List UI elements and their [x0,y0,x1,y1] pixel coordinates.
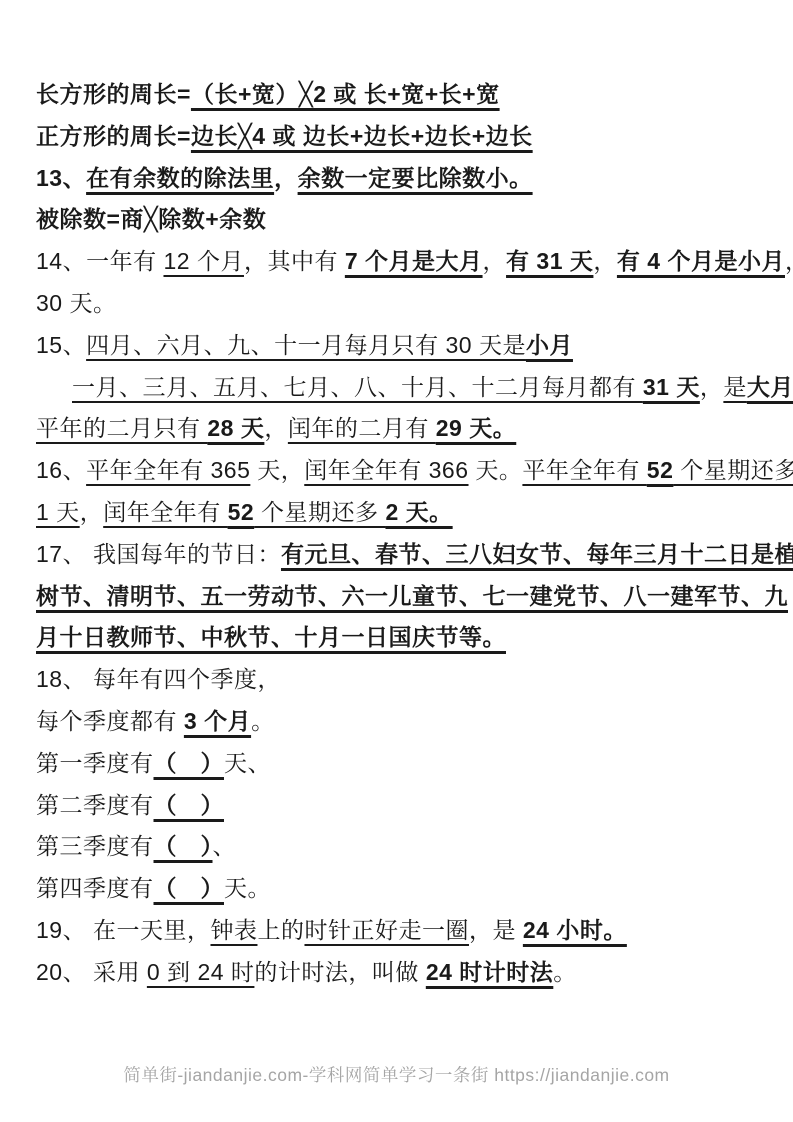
item-15-big-months: 一月、三月、五月、七月、八、十月、十二月每月都有 31 天，是大月。 [36,367,769,409]
text-segment: 28 天 [207,415,264,441]
text-segment: 1 天 [36,499,80,525]
text-segment: 大月 [747,374,793,400]
item-15-february: 平年的二月只有 28 天，闰年的二月有 29 天。 [36,408,769,450]
text-segment: 余数一定要比除数小。 [298,165,533,191]
text-segment: 、 [213,833,237,859]
text-segment: （长+宽）╳2 或 长+宽+长+宽 [191,81,500,107]
item-17-festivals-line-1: 17、 我国每年的节日：有元旦、春节、三八妇女节、每年三月十二日是植 [36,534,769,576]
item-16-year-days-line-1: 16、平年全年有 365 天，闰年全年有 366 天。平年全年有 52 个星期还… [36,450,769,492]
text-segment: 13、 [36,165,86,191]
text-segment: 第一季度有 [36,750,154,776]
formula-rectangle-perimeter: 长方形的周长=（长+宽）╳2 或 长+宽+长+宽 [36,74,769,116]
text-segment: （ ） [154,833,213,859]
text-segment: ，是 [469,917,523,943]
text-segment: 16、 [36,457,86,483]
text-segment: 30 天。 [36,290,116,316]
item-19-clock-day: 19、 在一天里，钟表上的时针正好走一圈，是 24 小时。 [36,910,769,952]
text-segment: 24 时计时法 [426,959,553,985]
text-segment: ， [483,248,507,274]
item-14-months-line-2: 30 天。 [36,283,769,325]
text-segment: 是 [723,374,747,400]
text-segment: 52 [647,457,674,483]
text-segment: 20、 采用 [36,959,147,985]
text-segment: 闰年全年有 [103,499,227,525]
text-segment: ， [264,415,288,441]
text-segment: 18、 每年有四个季度， [36,666,281,692]
item-14-months-line-1: 14、一年有 12 个月，其中有 7 个月是大月，有 31 天，有 4 个月是小… [36,241,769,283]
item-17-festivals-line-2: 树节、清明节、五一劳动节、六一儿童节、七一建党节、八一建军节、九 [36,576,769,618]
quarter-3-blank: 第三季度有（ ）、 [36,826,769,868]
text-segment: 四月、六月、九、十一月每月只有 30 天是 [86,332,526,358]
text-segment: 29 天。 [436,415,516,441]
text-segment: 17、 我国每年的节日： [36,541,281,567]
text-segment: 14、一年有 [36,248,163,274]
item-15-small-months: 15、四月、六月、九、十一月每月只有 30 天是小月 [36,325,769,367]
text-segment: 52 [228,499,255,525]
text-segment: 上的 [257,917,304,943]
text-segment: ， [700,374,724,400]
text-segment: 0 到 24 时 [147,959,255,985]
text-segment: 平年的二月只有 [36,415,207,441]
text-segment: 正方形的周长= [36,123,191,149]
text-segment: 3 个月 [184,708,251,734]
text-segment: ， [593,248,617,274]
text-segment: 一月、三月、五月、七月、八、十月、十二月每月都有 [72,374,643,400]
text-segment: 24 小时。 [523,917,627,943]
text-segment: 。 [251,708,275,734]
item-13-remainder-rule: 13、在有余数的除法里，余数一定要比除数小。 [36,158,769,200]
text-segment: 19、 在一天里， [36,917,210,943]
formula-square-perimeter: 正方形的周长=边长╳4 或 边长+边长+边长+边长 [36,116,769,158]
text-segment: 钟表 [210,917,257,943]
text-segment: 有元旦、春节、三八妇女节、每年三月十二日是植 [281,541,793,567]
text-segment: 平年全年有 [522,457,646,483]
text-segment: 边长╳4 或 边长+边长+边长+边长 [191,123,533,149]
text-segment: 31 天 [643,374,700,400]
quarter-2-blank: 第二季度有（ ） [36,785,769,827]
quarter-4-blank: 第四季度有（ ）天。 [36,868,769,910]
text-segment: 月十日教师节、中秋节、十月一日国庆节等。 [36,624,506,650]
text-segment: （ ） [154,875,225,901]
text-segment: 闰年全年有 366 [304,457,468,483]
item-16-year-days-line-2: 1 天，闰年全年有 52 个星期还多 2 天。 [36,492,769,534]
item-20-24-hour-time: 20、 采用 0 到 24 时的计时法，叫做 24 时计时法。 [36,952,769,994]
quarter-1-blank: 第一季度有（ ）天、 [36,743,769,785]
footer-watermark: 简单街-jiandanjie.com-学科网简单学习一条街 https://ji… [0,1062,793,1087]
text-segment: 有 31 天 [506,248,593,274]
text-segment: 第四季度有 [36,875,154,901]
text-segment: （ ） [154,792,225,818]
text-segment: （ ） [154,750,225,776]
text-segment: 小月 [526,332,573,358]
formula-dividend: 被除数=商╳除数+余数 [36,199,769,241]
text-segment: 2 天。 [385,499,452,525]
text-segment: 个星期还多 [673,457,793,483]
text-segment: 在有余数的除法里 [86,165,274,191]
text-segment: 有 4 个月是小月 [617,248,785,274]
text-segment: 天、 [224,750,271,776]
text-segment: 第二季度有 [36,792,154,818]
text-segment: 树节、清明节、五一劳动节、六一儿童节、七一建党节、八一建军节、九 [36,583,788,609]
document-body: 长方形的周长=（长+宽）╳2 或 长+宽+长+宽正方形的周长=边长╳4 或 边长… [36,74,769,994]
text-segment: 每个季度都有 [36,708,184,734]
text-segment: 平年全年有 365 [86,457,250,483]
text-segment: 天。 [224,875,271,901]
text-segment: 天， [250,457,304,483]
text-segment: 第三季度有 [36,833,154,859]
text-segment: 个星期还多 [254,499,385,525]
text-segment: 7 个月是大月 [345,248,483,274]
text-segment: 被除数=商╳除数+余数 [36,206,266,232]
text-segment: 长方形的周长= [36,81,191,107]
text-segment: 12 个月 [163,248,243,274]
text-segment: 15、 [36,332,86,358]
text-segment: ， [785,248,793,274]
text-segment: 闰年的二月有 [288,415,436,441]
text-segment: ， [274,165,298,191]
item-18-seasons-line-2: 每个季度都有 3 个月。 [36,701,769,743]
text-segment: ， [80,499,104,525]
item-17-festivals-line-3: 月十日教师节、中秋节、十月一日国庆节等。 [36,617,769,659]
text-segment: 。 [553,959,577,985]
item-18-seasons-line-1: 18、 每年有四个季度， [36,659,769,701]
text-segment: 的计时法，叫做 [254,959,425,985]
text-segment: ，其中有 [244,248,345,274]
text-segment: 天。 [469,457,523,483]
text-segment: 时针正好走一圈 [304,917,469,943]
